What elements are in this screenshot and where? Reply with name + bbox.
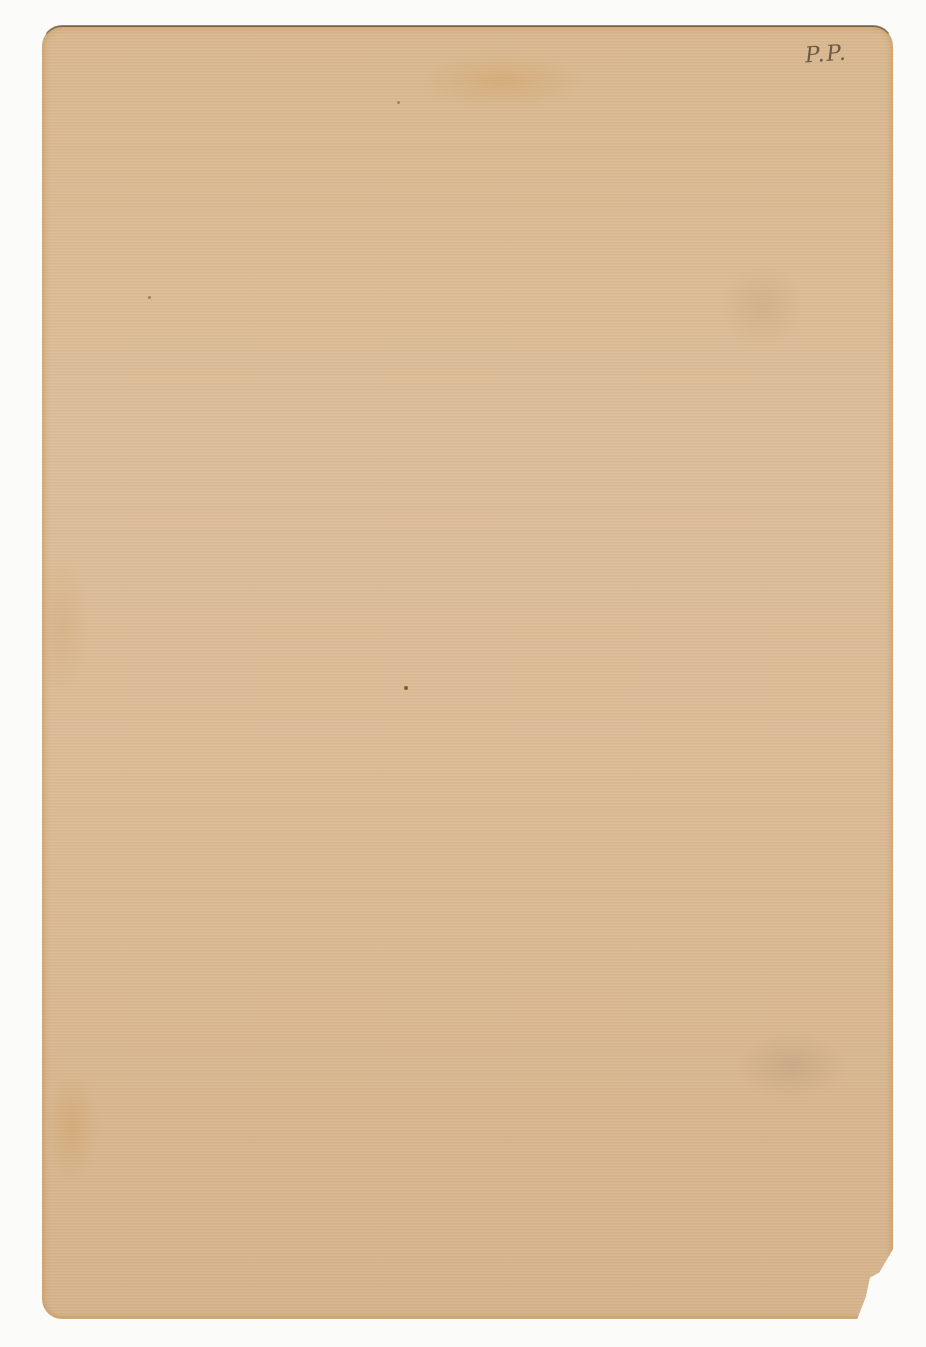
handwritten-mark: P.P. <box>804 41 848 69</box>
stain-speck <box>148 296 151 299</box>
stain-speck <box>404 686 408 690</box>
stain-speck <box>397 101 400 104</box>
cabinet-card-back <box>42 26 893 1319</box>
